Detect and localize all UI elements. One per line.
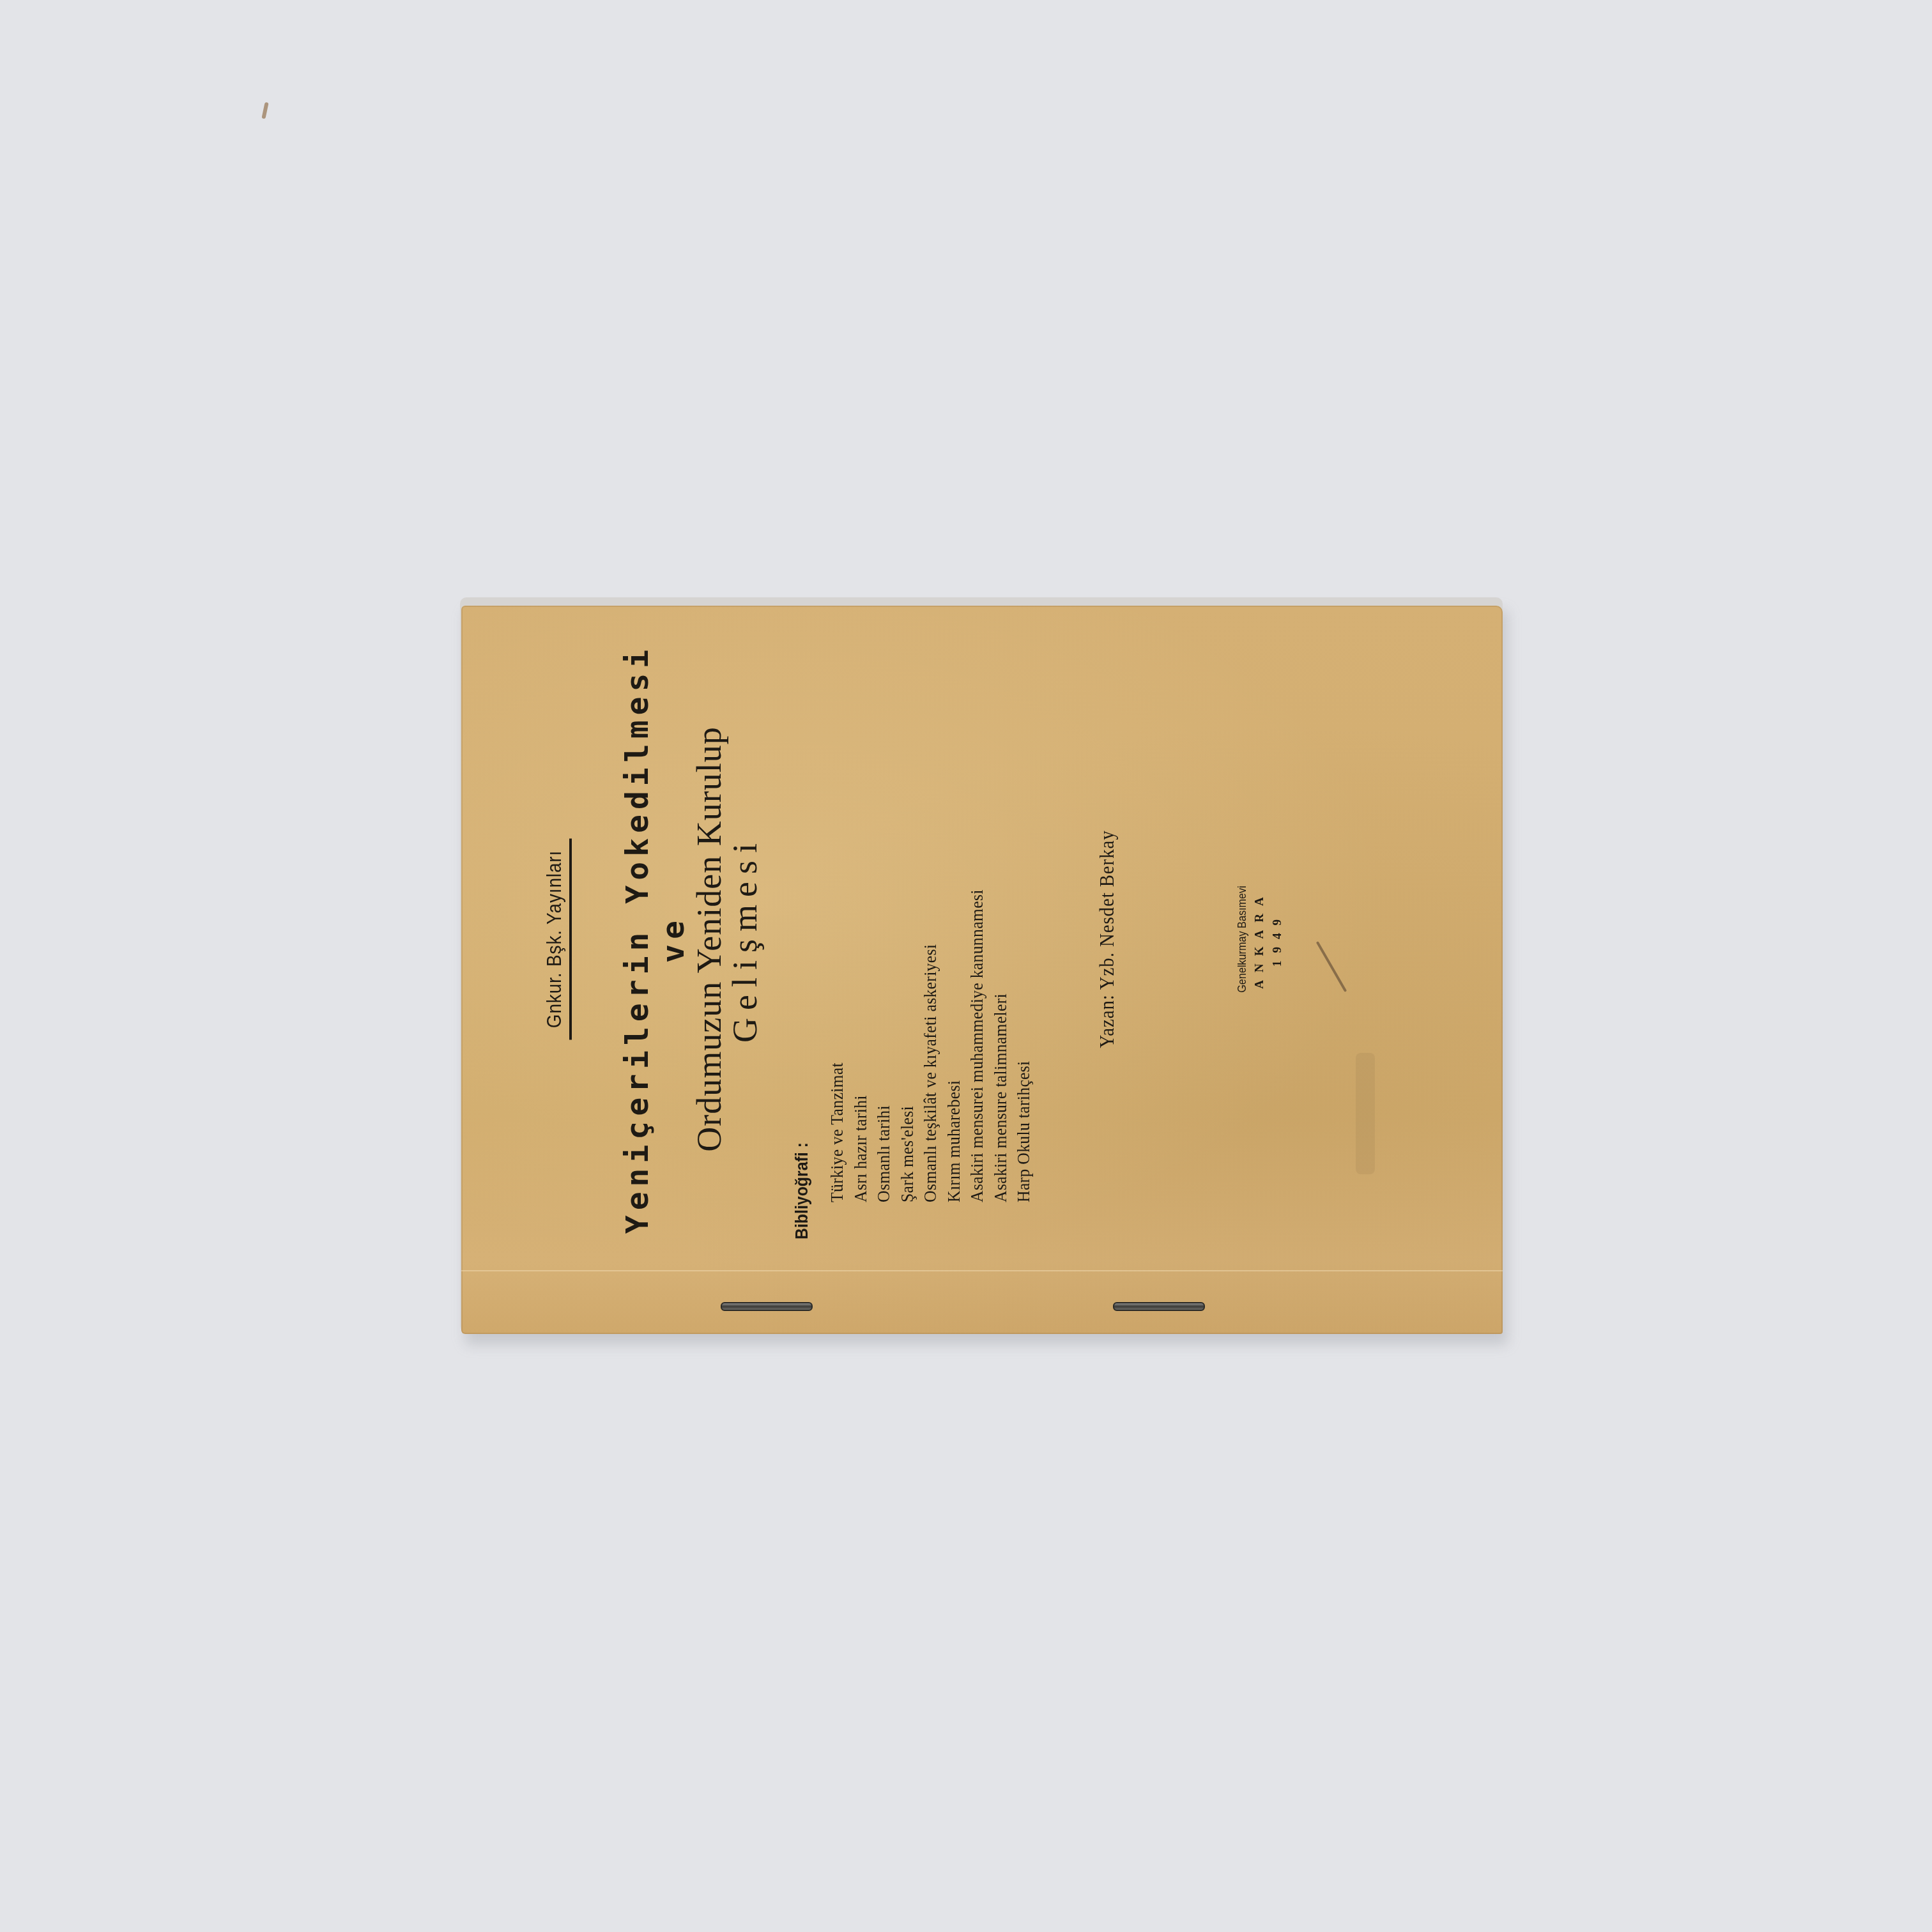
bibliography-item: Osmanlı teşkilât ve kıyafeti askeriyesi	[919, 889, 943, 1202]
staple-icon	[1113, 1302, 1205, 1311]
publisher-series: Gnkur. Bşk. Yayınları	[543, 652, 566, 1227]
printer-name: Genelkurmay Basımevi	[1233, 652, 1251, 1227]
bibliography-item: Harp Okulu tarihçesi	[1013, 889, 1036, 1202]
title-line-2: ve	[655, 620, 691, 1259]
printer-city: ANKARA	[1251, 620, 1269, 1259]
title-line-1: Yeniçerilerin Yokedilmesi	[620, 620, 655, 1259]
printer-imprint: Genelkurmay Basımevi ANKARA 1949	[1233, 620, 1287, 1259]
cover-title: Yeniçerilerin Yokedilmesi ve Ordumuzun Y…	[620, 620, 763, 1259]
publisher-series-text: Gnkur. Bşk. Yayınları	[543, 839, 572, 1039]
staple-icon	[721, 1302, 813, 1311]
bibliography-item: Asakiri mensure talimnameleri	[990, 889, 1013, 1202]
background-speck	[261, 102, 268, 119]
bibliography: Bibliyoğrafi : Türkiye ve Tanzimat Asrı …	[792, 862, 1036, 1239]
bibliography-item: Asakiri mensurei muhammediye kanunnamesi	[966, 889, 990, 1202]
title-line-4: Gelişmesi	[727, 620, 763, 1259]
cover-text-block: Gnkur. Bşk. Yayınları Yeniçerilerin Yoke…	[479, 684, 1450, 1259]
bibliography-item: Asrı hazır tarihi	[850, 889, 873, 1202]
printer-year: 1949	[1269, 620, 1287, 1259]
spine-fold	[461, 1270, 1503, 1271]
bibliography-item: Şark mes'elesi	[896, 889, 920, 1202]
bibliography-item: Türkiye ve Tanzimat	[826, 889, 850, 1202]
author-line: Yazan: Yzb. Nesdet Berkay	[1096, 642, 1119, 1236]
bibliography-heading: Bibliyoğrafi :	[792, 893, 812, 1239]
bibliography-item: Kırım muharebesi	[943, 889, 967, 1202]
title-line-3: Ordumuzun Yeniden Kurulup	[691, 620, 727, 1259]
bibliography-item: Osmanlı tarihi	[873, 889, 896, 1202]
bibliography-list: Türkiye ve Tanzimat Asrı hazır tarihi Os…	[826, 862, 1036, 1239]
